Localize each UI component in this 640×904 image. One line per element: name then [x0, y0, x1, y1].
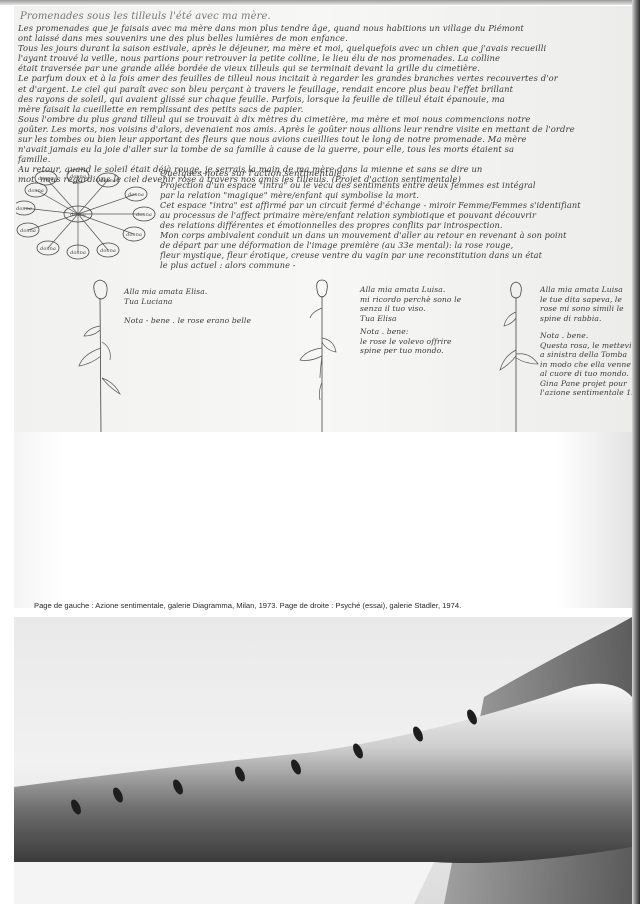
rose-3-text: Alla mia amata Luisale tue dita sapeva, … [540, 285, 640, 398]
notes-lines: Projection d'un espace "intra" ou le véc… [160, 180, 630, 270]
rose-dedication-line: mi ricordo perchè sono le [360, 295, 461, 305]
letter-line: goûter. Les morts, nos voisins d'alors, … [18, 124, 626, 134]
diagram-node-label: donna [70, 174, 86, 180]
diagram-node-label: donna [28, 188, 44, 194]
rose-note-line: le rose le volevo offrire [360, 337, 461, 347]
diagram-node-label: donna [16, 206, 32, 212]
rose-dedication-line: le tue dita sapeva, le [540, 295, 640, 305]
rose-note-line: spine per tuo mondo. [360, 346, 461, 356]
notes-line: au processus de l'affect primaire mère/e… [160, 210, 630, 220]
letter-line: n'avait jamais eu la joie d'aller sur la… [18, 144, 626, 154]
notes-line: de départ par une déformation de l'image… [160, 240, 630, 250]
notes-line: des relations différentes et émotionnell… [160, 220, 630, 230]
figure-caption: Page de gauche : Azione sentimentale, ga… [34, 601, 461, 610]
rose-dedication-line: Alla mia amata Luisa. [360, 285, 461, 295]
letter-line: était traversée par une grande allée bor… [18, 63, 626, 73]
rose-note-line: in modo che ella venne [540, 360, 640, 370]
letter-line: mère faisait la cueillette en remplissan… [18, 104, 626, 114]
scan-right-edge [632, 0, 640, 904]
rose-note-line: al cuore di tuo mondo. [540, 369, 640, 379]
diagram-node-label: donna [40, 246, 56, 252]
notes-line: le plus actuel : alors commune - [160, 260, 630, 270]
action-notes: Quelques notes sur l'action sentimentale… [160, 169, 630, 270]
notes-line: Mon corps ambivalent conduit un dans un … [160, 230, 630, 240]
rose-dedication-line: Alla mia amata Elisa. [124, 287, 251, 297]
diagram-node-label: donna [126, 232, 142, 238]
blank-page-area [14, 432, 632, 608]
arm-with-thorns-photo [14, 617, 632, 904]
notes-line: par la relation "magique" mère/enfant qu… [160, 190, 630, 200]
donna-network-diagram: donnadonnadonnadonnadonnadonnadonnadonna… [16, 164, 156, 264]
handwritten-letter-sheet: Promenades sous les tilleuls l'été avec … [14, 6, 632, 432]
letter-line: Le parfum doux et à la fois amer des feu… [18, 73, 626, 83]
diagram-node-label: donna [100, 178, 116, 184]
diagram-node-label: donna [100, 248, 116, 254]
rose-dedication-line: rose mi sono simili le [540, 304, 640, 314]
rose-note-line: Gina Pane projet pour [540, 379, 640, 389]
diagram-node-label: donna [70, 212, 86, 218]
rose-dedication-line: Alla mia amata Luisa [540, 285, 640, 295]
diagram-node-label: donna [70, 250, 86, 256]
notes-title: Quelques notes sur l'action sentimentale… [160, 169, 630, 179]
letter-title: Promenades sous les tilleuls l'été avec … [20, 11, 271, 22]
rose-note-line: Nota - bene . le rose erano belle [124, 316, 251, 326]
rose-drawing-icon [72, 278, 132, 434]
rose-note-line: Nota . bene. [540, 331, 640, 341]
rose-2-text: Alla mia amata Luisa.mi ricordo perchè s… [360, 285, 461, 356]
letter-line: Les promenades que je faisais avec ma mè… [18, 23, 626, 33]
letter-line: Tous les jours durant la saison estivale… [18, 43, 626, 53]
rose-dedication-line: Tua Luciana [124, 297, 251, 307]
rose-drawing-icon [292, 278, 352, 434]
letter-body: Les promenades que je faisais avec ma mè… [18, 23, 626, 185]
notes-line: Cet espace "intra" est affirmé par un ci… [160, 200, 630, 210]
letter-line: et d'argent. Le ciel qui paraît avec son… [18, 84, 626, 94]
rose-note-line: Nota . bene: [360, 327, 461, 337]
rose-note-line: a sinistra della Tomba [540, 350, 640, 360]
notes-line: fleur mystique, fleur érotique, creuse v… [160, 250, 630, 260]
diagram-node-label: donna [136, 212, 152, 218]
rose-1-text: Alla mia amata Elisa.Tua Luciana Nota - … [124, 287, 251, 326]
letter-line: famille. [18, 154, 626, 164]
diagram-node-label: donna [128, 192, 144, 198]
diagram-node-label: donna [20, 228, 36, 234]
rose-note-line: l'azione sentimentale 1973 [540, 388, 640, 398]
letter-line: des rayons de soleil, qui avaient glissé… [18, 94, 626, 104]
diagram-node-label: donna [38, 176, 54, 182]
notes-line: Projection d'un espace "intra" ou le véc… [160, 180, 630, 190]
rose-note-line: Questa rosa, le mettevi [540, 341, 640, 351]
letter-line: sur les tombes ou bien leur apportant de… [18, 134, 626, 144]
rose-dedication-line: senza il tuo viso. [360, 304, 461, 314]
rose-dedication-line: spine di rabbia. [540, 314, 640, 324]
letter-line: ont laissé dans mes souvenirs une des pl… [18, 33, 626, 43]
letter-line: Sous l'ombre du plus grand tilleul qui s… [18, 114, 626, 124]
scan-top-edge [0, 0, 640, 5]
rose-dedication-line: Tua Elisa [360, 314, 461, 324]
letter-line: l'ayant trouvé la veille, nous partions … [18, 53, 626, 63]
